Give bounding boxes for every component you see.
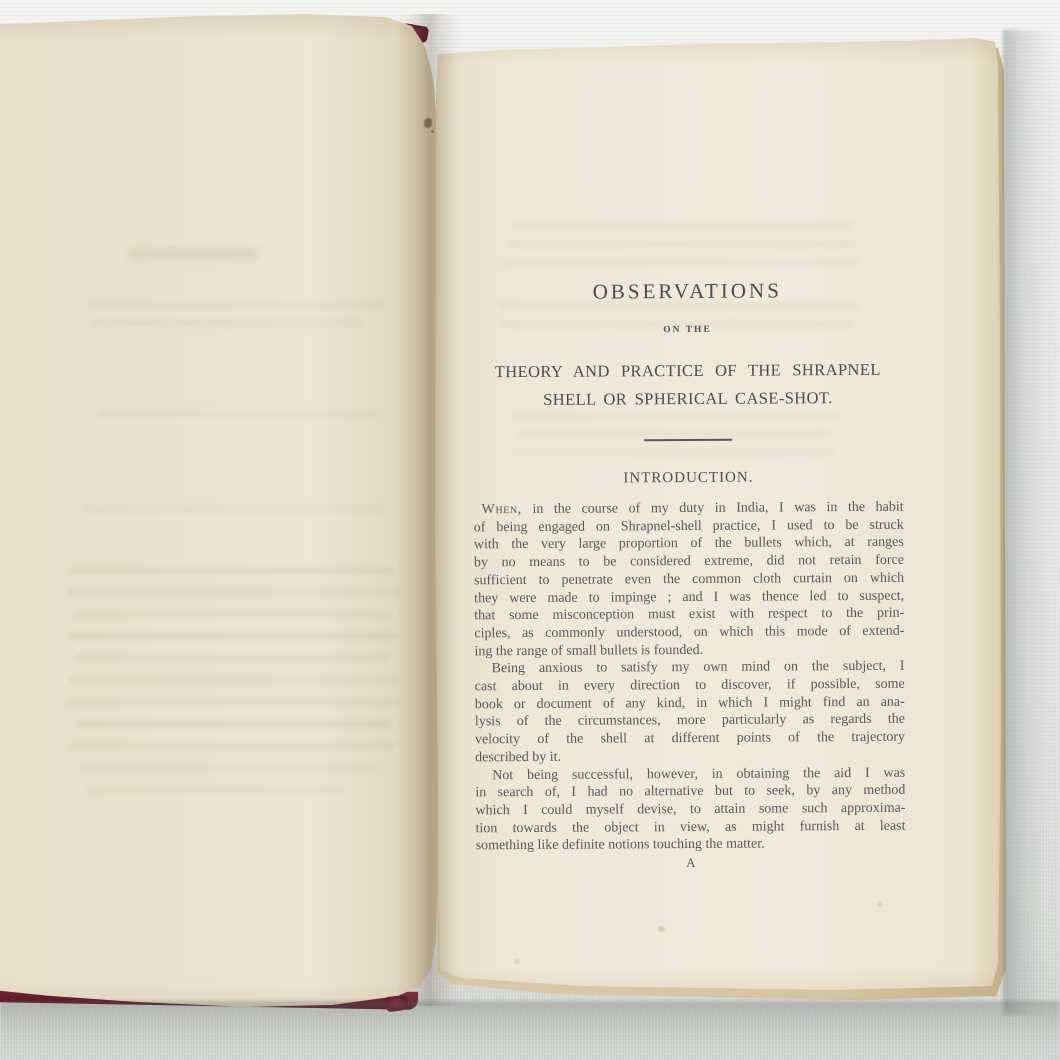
body-line: sufficient to penetrate even the common … [474, 569, 904, 589]
bleedthrough-line [88, 301, 383, 309]
body-line: tion towards the object in view, as migh… [476, 817, 906, 837]
photo-open-book: OBSERVATIONS ON THE THEORY AND PRACTICE … [0, 0, 1060, 1060]
book-bottom-shadow [0, 1001, 1060, 1051]
title-page-text: OBSERVATIONS ON THE THEORY AND PRACTICE … [472, 271, 906, 873]
body-line: velocity of the shell at different point… [475, 729, 905, 749]
bleedthrough-line [70, 676, 398, 684]
bleedthrough-line [70, 742, 396, 750]
bleedthrough-line [70, 566, 395, 574]
bleedthrough-line [66, 698, 400, 706]
bleedthrough-line [502, 258, 858, 266]
paper-blemish [431, 130, 434, 133]
paper-blemish [424, 118, 432, 128]
lead-word: When, [482, 502, 522, 517]
bleedthrough-line [75, 654, 390, 662]
subtitle-line-2: SHELL OR SPHERICAL CASE-SHOT. [473, 384, 903, 415]
bleedthrough-line [74, 720, 392, 728]
signature-mark: A [476, 854, 906, 873]
foxing-spot [658, 926, 665, 932]
page-title: OBSERVATIONS [472, 277, 902, 306]
bleedthrough-line [78, 764, 378, 772]
bleedthrough-line [66, 588, 401, 596]
bleedthrough-line [68, 632, 398, 640]
bleedthrough-line [506, 240, 856, 248]
section-heading: INTRODUCTION. [473, 469, 903, 488]
body-line: something like definite notions touching… [476, 835, 906, 855]
foxing-spot [877, 902, 882, 907]
left-page [0, 0, 438, 1012]
body-line-text: in the course of my duty in India, I was… [532, 500, 903, 517]
subtitle-line-1: THEORY AND PRACTICE OF THE SHRAPNEL [495, 356, 881, 386]
body-line: When, in the course of my duty in India,… [474, 499, 904, 519]
foxing-spot [514, 959, 520, 964]
divider-rule [644, 439, 732, 442]
body-line: ciples, as commonly understood, on which… [474, 623, 904, 643]
bleedthrough-line [84, 505, 384, 513]
introduction-text: When, in the course of my duty in India,… [474, 499, 906, 856]
body-line: which I could myself devise, to attain s… [475, 800, 905, 820]
subtitle-prefix: ON THE [472, 324, 902, 337]
bleedthrough-line [512, 222, 852, 230]
body-line: cast about in every direction to discove… [475, 676, 905, 696]
bleedthrough-line [85, 786, 345, 794]
bleedthrough-line [98, 410, 378, 418]
bleedthrough-heading [128, 247, 258, 260]
bleedthrough-line [72, 610, 392, 618]
bleedthrough-line [92, 319, 362, 327]
fore-edge-shadow [1003, 30, 1060, 1015]
